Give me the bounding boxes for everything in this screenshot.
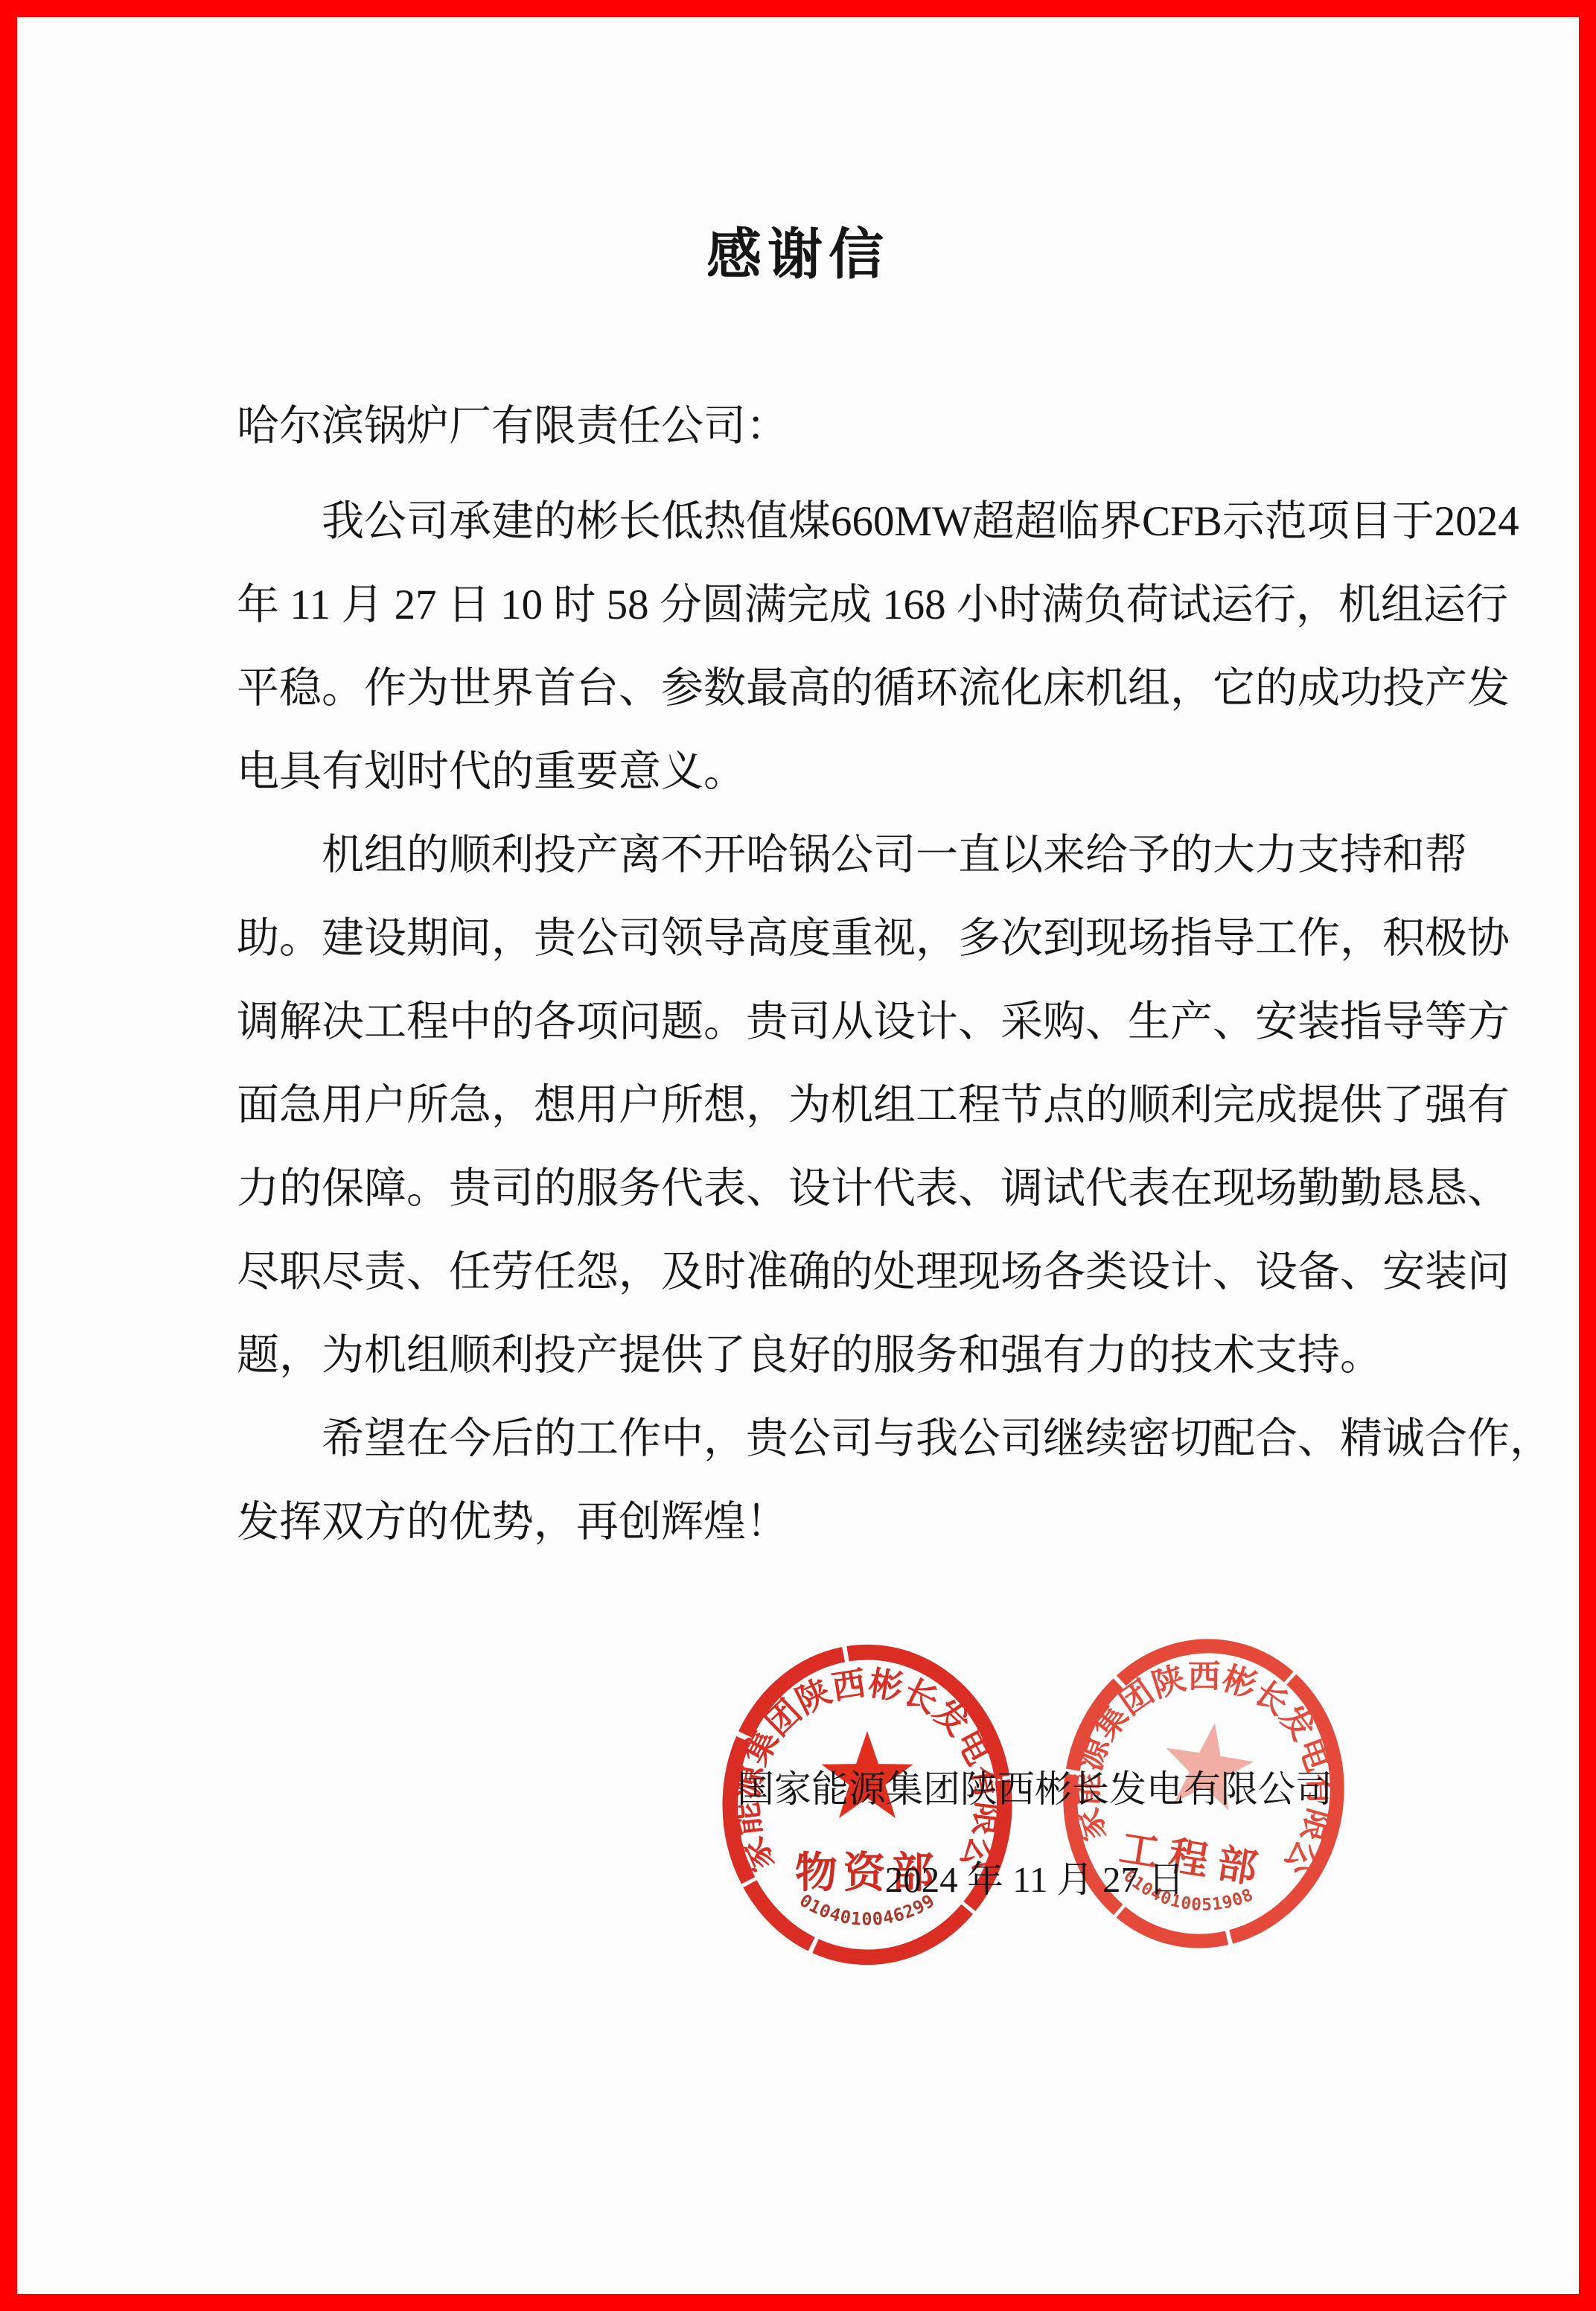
body-line: 发挥双方的优势，再创辉煌！ [237, 1481, 1383, 1564]
body-line: 平稳。作为世界首台、参数最高的循环流化床机组，它的成功投产发 [237, 647, 1383, 730]
body-line: 面急用户所急，想用户所想，为机组工程节点的顺利完成提供了强有 [237, 1064, 1383, 1147]
body-line: 调解决工程中的各项问题。贵司从设计、采购、生产、安装指导等方 [237, 981, 1383, 1064]
body-line: 希望在今后的工作中，贵公司与我公司继续密切配合、精诚合作， [237, 1397, 1383, 1481]
letter-title: 感谢信 [0, 228, 1596, 283]
addressee-line: 哈尔滨锅炉厂有限责任公司： [237, 402, 788, 451]
body-line: 尽职尽责、任劳任怨，及时准确的处理现场各类设计、设备、安装问 [237, 1231, 1383, 1314]
signature-company-name: 国家能源集团陕西彬长发电有限公司 [733, 1770, 1336, 1808]
signature-date: 2024 年 11 月 27 日 [733, 1861, 1336, 1898]
letter-body: 我公司承建的彬长低热值煤660MW超超临界CFB示范项目于2024年 11 月 … [237, 480, 1383, 1564]
body-line: 机组的顺利投产离不开哈锅公司一直以来给予的大力支持和帮 [237, 814, 1383, 897]
body-line: 力的保障。贵司的服务代表、设计代表、调试代表在现场勤勤恳恳、 [237, 1147, 1383, 1231]
body-line: 题，为机组顺利投产提供了良好的服务和强有力的技术支持。 [237, 1314, 1383, 1397]
body-line: 年 11 月 27 日 10 时 58 分圆满完成 168 小时满负荷试运行，机… [237, 564, 1383, 647]
body-line: 电具有划时代的重要意义。 [237, 730, 1383, 814]
body-line: 助。建设期间，贵公司领导高度重视，多次到现场指导工作，积极协 [237, 897, 1383, 981]
letter-page: 感谢信 哈尔滨锅炉厂有限责任公司： 我公司承建的彬长低热值煤660MW超超临界C… [0, 0, 1596, 2311]
body-line: 我公司承建的彬长低热值煤660MW超超临界CFB示范项目于2024 [237, 480, 1383, 564]
